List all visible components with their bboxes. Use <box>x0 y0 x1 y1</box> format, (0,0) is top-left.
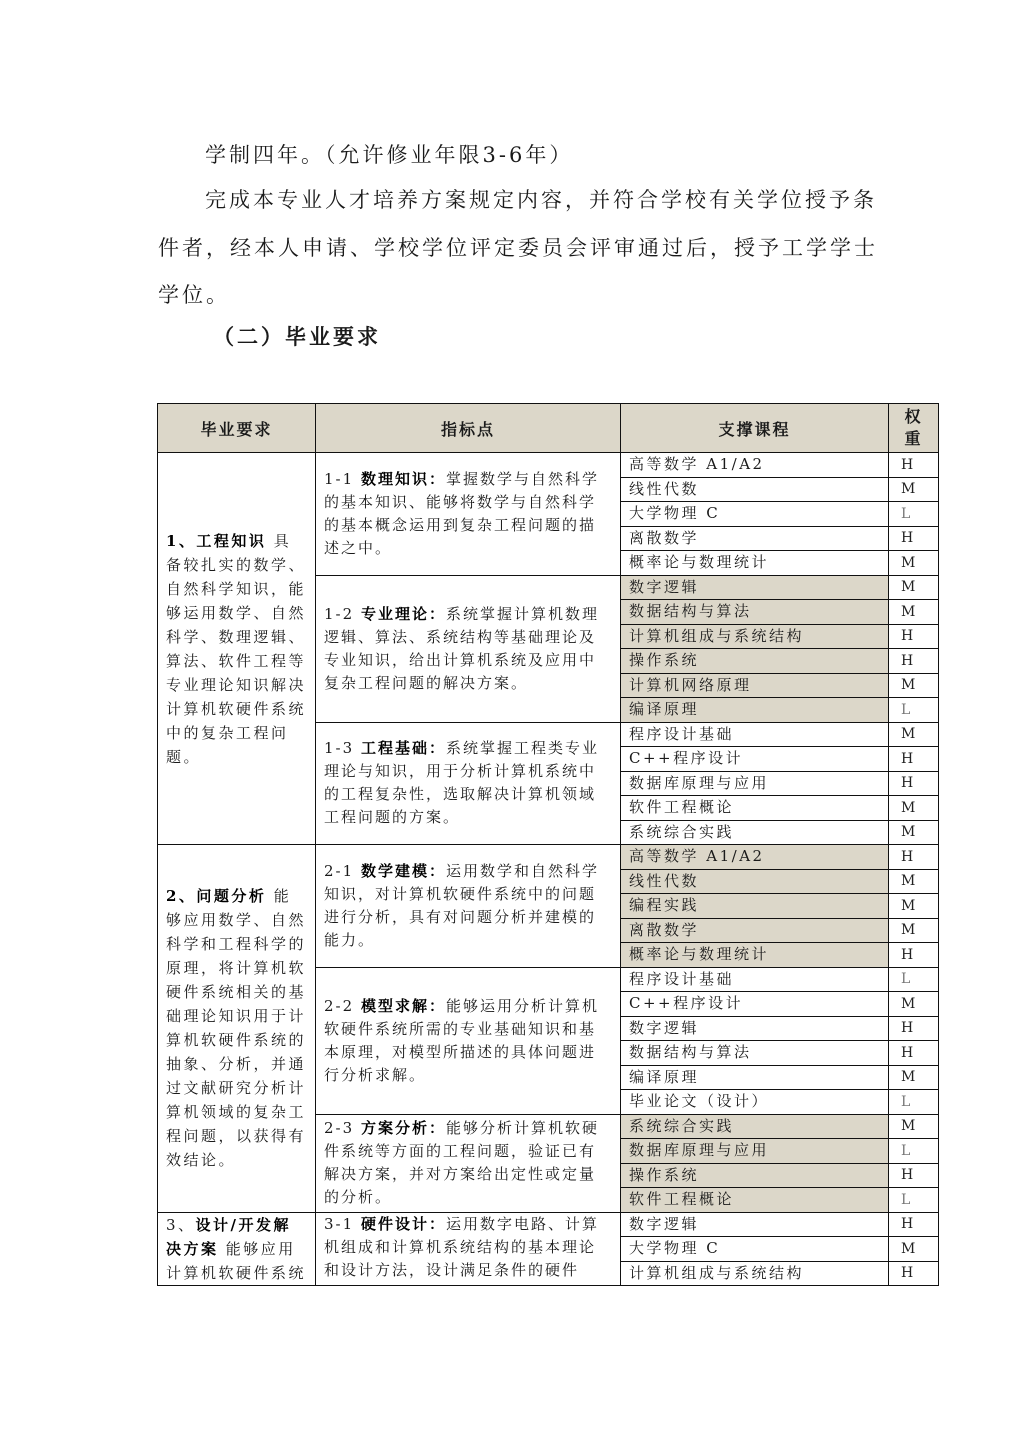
weight-cell: M <box>889 673 939 698</box>
course-cell: 离散数学 <box>621 918 889 943</box>
section-heading: （二）毕业要求 <box>213 325 381 349</box>
requirement-description: 具备较扎实的数学、自然科学知识，能够运用数学、自然科学、数理逻辑、算法、软件工程… <box>166 532 306 766</box>
course-cell: 编程实践 <box>621 894 889 919</box>
weight-cell: H <box>889 453 939 478</box>
course-cell: 高等数学 A1/A2 <box>621 845 889 870</box>
graduation-requirements-table: 毕业要求 指标点 支撑课程 权 重 1、工程知识 具备较扎实的数学、自然科学知识… <box>157 403 939 1286</box>
weight-cell: M <box>889 1065 939 1090</box>
degree-paragraph-line-3: 学位。 <box>158 283 230 307</box>
weight-cell: M <box>889 1114 939 1139</box>
indicator-cell: 2-1 数学建模：运用数学和自然科学知识，对计算机软硬件系统中的问题进行分析，具… <box>316 845 621 968</box>
course-cell: 概率论与数理统计 <box>621 943 889 968</box>
weight-cell: M <box>889 796 939 821</box>
course-cell: 线性代数 <box>621 869 889 894</box>
weight-cell: H <box>889 943 939 968</box>
weight-cell: H <box>889 845 939 870</box>
weight-cell: M <box>889 894 939 919</box>
table-header-row: 毕业要求 指标点 支撑课程 权 重 <box>158 404 939 453</box>
requirement-title: 1、工程知识 <box>166 532 266 550</box>
course-cell: 高等数学 A1/A2 <box>621 453 889 478</box>
weight-cell: L <box>889 1139 939 1164</box>
course-cell: 软件工程概论 <box>621 796 889 821</box>
table-body: 1、工程知识 具备较扎实的数学、自然科学知识，能够运用数学、自然科学、数理逻辑、… <box>158 453 939 1286</box>
course-cell: 计算机网络原理 <box>621 673 889 698</box>
indicator-cell: 2-2 模型求解：能够运用分析计算机软硬件系统所需的专业基础知识和基本原理，对模… <box>316 967 621 1114</box>
weight-cell: M <box>889 918 939 943</box>
indicator-cell: 3-1 硬件设计：运用数字电路、计算机组成和计算机系统结构的基本理论和设计方法，… <box>316 1212 621 1286</box>
header-weight: 权 重 <box>889 404 939 453</box>
course-cell: 数字逻辑 <box>621 1212 889 1237</box>
weight-cell: H <box>889 1261 939 1286</box>
weight-cell: M <box>889 869 939 894</box>
indicator-title: 数学建模： <box>361 862 446 880</box>
course-cell: 计算机组成与系统结构 <box>621 1261 889 1286</box>
table-row: 1、工程知识 具备较扎实的数学、自然科学知识，能够运用数学、自然科学、数理逻辑、… <box>158 453 939 478</box>
indicator-title: 方案分析： <box>361 1119 446 1137</box>
course-cell: 毕业论文（设计） <box>621 1090 889 1115</box>
indicator-title: 硬件设计： <box>361 1215 446 1233</box>
indicator-cell: 1-1 数理知识：掌握数学与自然科学的基本知识、能够将数学与自然科学的基本概念运… <box>316 453 621 576</box>
course-cell: 系统综合实践 <box>621 820 889 845</box>
requirement-cell: 3、设计/开发解决方案 能够应用计算机软硬件系统 <box>158 1212 316 1286</box>
weight-cell: H <box>889 1016 939 1041</box>
indicator-code: 1-3 <box>324 739 361 757</box>
requirement-cell: 1、工程知识 具备较扎实的数学、自然科学知识，能够运用数学、自然科学、数理逻辑、… <box>158 453 316 845</box>
indicator-title: 工程基础： <box>361 739 446 757</box>
course-cell: C++程序设计 <box>621 747 889 772</box>
indicator-cell: 1-3 工程基础：系统掌握工程类专业理论与知识，用于分析计算机系统中的工程复杂性… <box>316 722 621 845</box>
course-cell: 离散数学 <box>621 526 889 551</box>
indicator-code: 2-2 <box>324 997 361 1015</box>
weight-cell: H <box>889 526 939 551</box>
weight-cell: M <box>889 1237 939 1262</box>
course-cell: 系统综合实践 <box>621 1114 889 1139</box>
weight-cell: L <box>889 967 939 992</box>
duration-paragraph: 学制四年。（允许修业年限3-6年） <box>205 143 573 167</box>
degree-paragraph-line-2: 件者，经本人申请、学校学位评定委员会评审通过后，授予工学学士 <box>158 236 878 260</box>
course-cell: 大学物理 C <box>621 1237 889 1262</box>
requirement-description: 能够应用数学、自然科学和工程科学的原理，将计算机软硬件系统相关的基础理论知识用于… <box>166 887 306 1169</box>
requirement-number: 3、 <box>166 1216 196 1234</box>
indicator-title: 专业理论： <box>361 605 446 623</box>
course-cell: 数据库原理与应用 <box>621 771 889 796</box>
table-row: 2、问题分析 能够应用数学、自然科学和工程科学的原理，将计算机软硬件系统相关的基… <box>158 845 939 870</box>
weight-cell: H <box>889 624 939 649</box>
course-cell: 计算机组成与系统结构 <box>621 624 889 649</box>
indicator-code: 1-2 <box>324 605 361 623</box>
course-cell: 线性代数 <box>621 477 889 502</box>
course-cell: 编译原理 <box>621 1065 889 1090</box>
weight-cell: L <box>889 1188 939 1213</box>
course-cell: 概率论与数理统计 <box>621 551 889 576</box>
course-cell: 数据库原理与应用 <box>621 1139 889 1164</box>
course-cell: 数字逻辑 <box>621 1016 889 1041</box>
header-courses: 支撑课程 <box>621 404 889 453</box>
table-row: 3、设计/开发解决方案 能够应用计算机软硬件系统3-1 硬件设计：运用数字电路、… <box>158 1212 939 1237</box>
degree-paragraph-line-1: 完成本专业人才培养方案规定内容，并符合学校有关学位授予条 <box>205 188 877 212</box>
weight-cell: H <box>889 649 939 674</box>
requirement-cell: 2、问题分析 能够应用数学、自然科学和工程科学的原理，将计算机软硬件系统相关的基… <box>158 845 316 1213</box>
weight-cell: M <box>889 992 939 1017</box>
course-cell: 编译原理 <box>621 698 889 723</box>
weight-cell: M <box>889 600 939 625</box>
header-indicator: 指标点 <box>316 404 621 453</box>
indicator-code: 3-1 <box>324 1215 361 1233</box>
weight-cell: M <box>889 722 939 747</box>
weight-cell: H <box>889 747 939 772</box>
indicator-title: 数理知识： <box>361 470 446 488</box>
indicator-cell: 2-3 方案分析：能够分析计算机软硬件系统等方面的工程问题，验证已有解决方案，并… <box>316 1114 621 1212</box>
weight-cell: L <box>889 1090 939 1115</box>
indicator-cell: 1-2 专业理论：系统掌握计算机数理逻辑、算法、系统结构等基础理论及专业知识，给… <box>316 575 621 722</box>
weight-cell: M <box>889 820 939 845</box>
course-cell: 程序设计基础 <box>621 967 889 992</box>
weight-cell: L <box>889 502 939 527</box>
weight-cell: L <box>889 698 939 723</box>
course-cell: 软件工程概论 <box>621 1188 889 1213</box>
indicator-code: 1-1 <box>324 470 361 488</box>
header-requirement: 毕业要求 <box>158 404 316 453</box>
indicator-code: 2-1 <box>324 862 361 880</box>
weight-cell: H <box>889 771 939 796</box>
weight-cell: M <box>889 477 939 502</box>
weight-cell: M <box>889 551 939 576</box>
weight-cell: M <box>889 575 939 600</box>
indicator-code: 2-3 <box>324 1119 361 1137</box>
course-cell: 操作系统 <box>621 1163 889 1188</box>
weight-cell: H <box>889 1212 939 1237</box>
course-cell: 数字逻辑 <box>621 575 889 600</box>
weight-cell: H <box>889 1041 939 1066</box>
course-cell: C++程序设计 <box>621 992 889 1017</box>
course-cell: 数据结构与算法 <box>621 600 889 625</box>
course-cell: 操作系统 <box>621 649 889 674</box>
indicator-title: 模型求解： <box>361 997 446 1015</box>
course-cell: 数据结构与算法 <box>621 1041 889 1066</box>
course-cell: 程序设计基础 <box>621 722 889 747</box>
course-cell: 大学物理 C <box>621 502 889 527</box>
requirement-title: 2、问题分析 <box>166 887 266 905</box>
weight-cell: H <box>889 1163 939 1188</box>
